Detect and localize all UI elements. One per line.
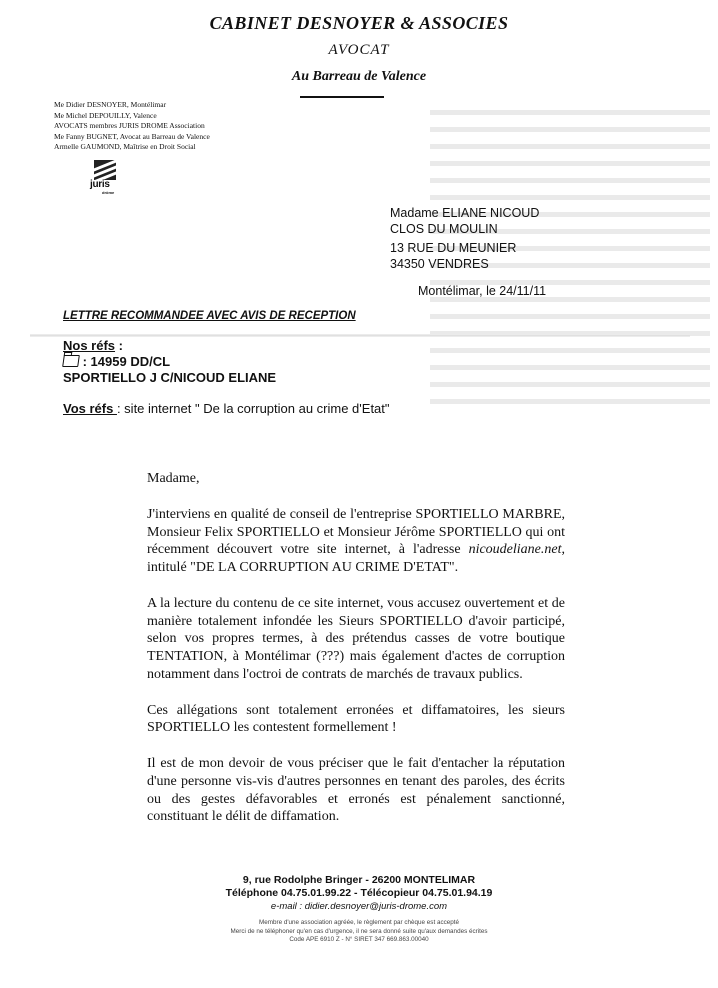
footer-email: e-mail : didier.desnoyer@juris-drome.com [0,900,718,913]
member-line: Me Fanny BUGNET, Avocat au Barreau de Va… [54,132,210,143]
file-number: : 14959 DD/CL [79,354,170,369]
footer-address: 9, rue Rodolphe Bringer - 26200 MONTELIM… [0,874,718,887]
salutation: Madame, [147,470,565,488]
letter-body: Madame, J'interviens en qualité de conse… [147,470,565,844]
footer-note: Merci de ne téléphoner qu'en cas d'urgen… [0,928,718,937]
footer-phones: Téléphone 04.75.01.99.22 - Télécopieur 0… [0,887,718,900]
recipient-line: Madame ELIANE NICOUD [390,205,539,221]
firm-name: CABINET DESNOYER & ASSOCIES [0,13,718,34]
firm-bar: Au Barreau de Valence [0,69,718,85]
our-refs-label: Nos réfs [63,338,115,353]
recipient-line: CLOS DU MOULIN [390,221,539,237]
paragraph-3: Ces allégations sont totalement erronées… [147,702,565,738]
footer-note: Membre d'une association agréée, le règl… [0,919,718,928]
footer-note: Code APE 6910 Z - N° SIRET 347 669.863.0… [0,936,718,945]
registered-mail-notice: LETTRE RECOMMANDEE AVEC AVIS DE RECEPTIO… [63,310,356,322]
website-name: nicoudeliane.net [469,542,562,557]
logo-name: juris [90,180,110,190]
your-refs-label: Vos réfs [63,401,117,416]
header-rule [300,96,384,98]
your-refs-value: : site internet " De la corruption au cr… [117,401,390,416]
firm-title: AVOCAT [0,42,718,59]
recipient-line: 13 RUE DU MEUNIER [390,240,539,256]
member-line: AVOCATS membres JURIS DROME Association [54,121,210,132]
footer-notes: Membre d'une association agréée, le règl… [0,919,718,945]
member-list: Me Didier DESNOYER, Montélimar Me Michel… [54,100,210,153]
footer: 9, rue Rodolphe Bringer - 26200 MONTELIM… [0,874,718,945]
logo-subtitle: drôme [102,190,114,195]
recipient-line: 34350 VENDRES [390,256,539,272]
case-reference: SPORTIELLO J C/NICOUD ELIANE [63,370,276,386]
paragraph-4: Il est de mon devoir de vous préciser qu… [147,755,565,826]
bleed-through-noise [430,110,710,440]
recipient-address: Madame ELIANE NICOUD CLOS DU MOULIN 13 R… [390,205,539,273]
your-references: Vos réfs : site internet " De la corrupt… [63,401,390,416]
member-line: Armelle GAUMOND, Maîtrise en Droit Socia… [54,142,210,153]
date-line: Montélimar, le 24/11/11 [418,284,546,298]
paragraph-1: J'interviens en qualité de conseil de l'… [147,506,565,577]
member-line: Me Didier DESNOYER, Montélimar [54,100,210,111]
juris-logo-icon: juris drôme [88,160,120,196]
paragraph-2: A la lecture du contenu de ce site inter… [147,595,565,684]
our-references: Nos réfs : : 14959 DD/CL SPORTIELLO J C/… [63,338,276,386]
paper-fold [30,334,690,337]
folder-icon [62,355,80,367]
member-line: Me Michel DEPOUILLY, Valence [54,111,210,122]
